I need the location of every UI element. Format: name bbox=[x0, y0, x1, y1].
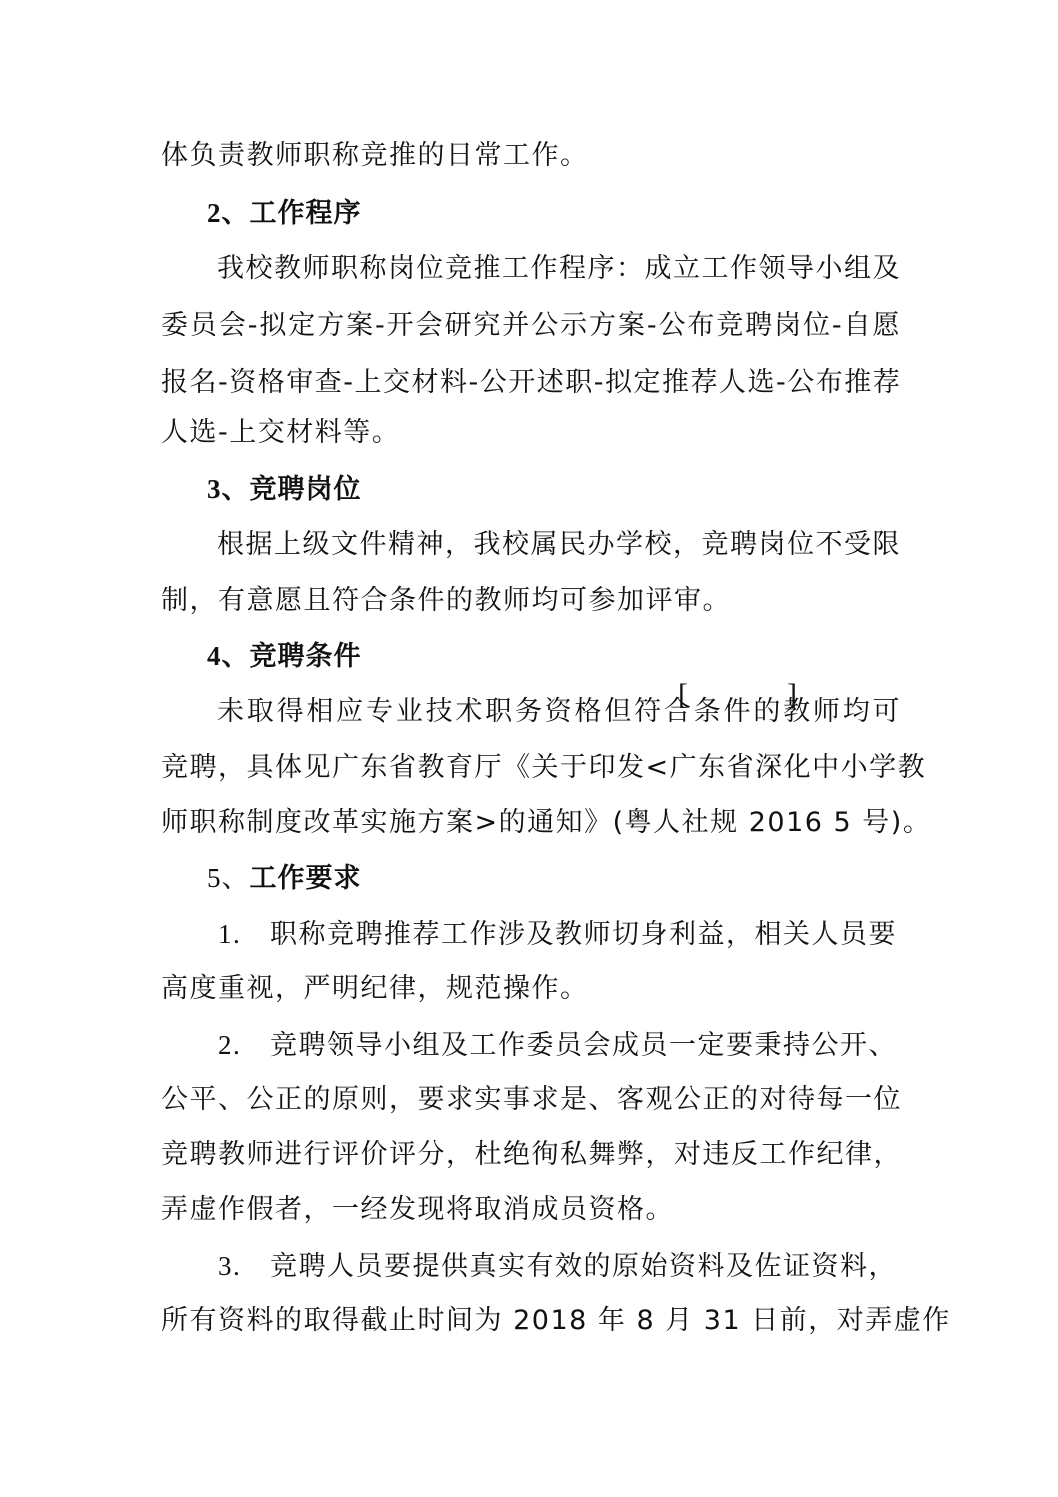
list-number: 1. bbox=[218, 914, 270, 954]
line-text: 弄虚作假者，一经发现将取消成员资格。 bbox=[161, 1194, 674, 1225]
section-heading-3: 3、竞聘岗位 bbox=[207, 469, 947, 509]
paragraph-line: 报名-资格审查-上交材料-公开述职-拟定推荐人选-公布推荐 bbox=[161, 363, 901, 403]
paragraph-line: 所有资料的取得截止时间为 2018 年 8 月 31 日前，对弄虚作 bbox=[161, 1301, 901, 1341]
line-text: 竞聘，具体见广东省教育厅《关于印发<广东省深化中小学教 bbox=[161, 752, 926, 783]
list-number: 2. bbox=[218, 1025, 270, 1065]
line-text: 体负责教师职称竞推的日常工作。 bbox=[161, 140, 589, 171]
line-text: 人选-上交材料等。 bbox=[161, 417, 400, 448]
line-text: 报名-资格审查-上交材料-公开述职-拟定推荐人选-公布推荐 bbox=[161, 367, 901, 398]
line-text: 根据上级文件精神，我校属民办学校，竞聘岗位不受限 bbox=[217, 529, 901, 560]
line-text: 所有资料的取得截止时间为 2018 年 8 月 31 日前，对弄虚作 bbox=[161, 1305, 951, 1336]
line-text: 公平、公正的原则，要求实事求是、客观公正的对待每一位 bbox=[161, 1084, 902, 1115]
paragraph-line: 公平、公正的原则，要求实事求是、客观公正的对待每一位 bbox=[161, 1080, 901, 1120]
list-item-3: 3.竞聘人员要提供真实有效的原始资料及佐证资料， bbox=[218, 1246, 901, 1286]
heading-number: 4、 bbox=[207, 641, 250, 671]
line-text: 高度重视，严明纪律，规范操作。 bbox=[161, 973, 589, 1004]
line-text: 竞聘领导小组及工作委员会成员一定要秉持公开、 bbox=[270, 1030, 897, 1061]
line-text: 我校教师职称岗位竞推工作程序：成立工作领导小组及 bbox=[217, 253, 901, 284]
line-text: 师职称制度改革实施方案>的通知》(粤人社规 2016 5 号)。 bbox=[161, 807, 931, 838]
section-heading-2: 2、工作程序 bbox=[207, 193, 947, 233]
stray-bracket-right: ] bbox=[787, 678, 797, 712]
paragraph-line: 竞聘，具体见广东省教育厅《关于印发<广东省深化中小学教 bbox=[161, 748, 901, 788]
paragraph-line: 未取得相应专业技术职务资格但符合条件的教师均可 bbox=[217, 692, 901, 732]
paragraph-line: 制，有意愿且符合条件的教师均可参加评审。 bbox=[161, 581, 901, 621]
paragraph-line: 体负责教师职称竞推的日常工作。 bbox=[161, 136, 901, 176]
paragraph-line: 人选-上交材料等。 bbox=[161, 413, 901, 453]
heading-text: 工作要求 bbox=[250, 863, 362, 894]
section-heading-5: 5、工作要求 bbox=[207, 858, 947, 898]
section-heading-4: 4、竞聘条件 bbox=[207, 636, 947, 676]
list-item-1: 1.职称竞聘推荐工作涉及教师切身利益，相关人员要 bbox=[218, 914, 901, 954]
heading-text: 工作程序 bbox=[250, 198, 362, 229]
paragraph-line: 委员会-拟定方案-开会研究并公示方案-公布竞聘岗位-自愿 bbox=[161, 306, 901, 346]
paragraph-line: 根据上级文件精神，我校属民办学校，竞聘岗位不受限 bbox=[217, 525, 901, 565]
heading-number: 5、 bbox=[207, 863, 250, 893]
paragraph-line: 竞聘教师进行评价评分，杜绝徇私舞弊，对违反工作纪律， bbox=[161, 1135, 901, 1175]
heading-number: 3、 bbox=[207, 474, 250, 504]
line-text: 竞聘教师进行评价评分，杜绝徇私舞弊，对违反工作纪律， bbox=[161, 1139, 902, 1170]
paragraph-line: 高度重视，严明纪律，规范操作。 bbox=[161, 969, 901, 1009]
paragraph-line: 弄虚作假者，一经发现将取消成员资格。 bbox=[161, 1190, 901, 1230]
heading-text: 竞聘岗位 bbox=[250, 474, 362, 505]
line-text: 竞聘人员要提供真实有效的原始资料及佐证资料， bbox=[270, 1251, 897, 1282]
line-text: 未取得相应专业技术职务资格但符合条件的教师均可 bbox=[217, 696, 901, 727]
line-text: 制，有意愿且符合条件的教师均可参加评审。 bbox=[161, 585, 731, 616]
document-page: 体负责教师职称竞推的日常工作。 2、工作程序 我校教师职称岗位竞推工作程序：成立… bbox=[0, 0, 1058, 1497]
list-item-2: 2.竞聘领导小组及工作委员会成员一定要秉持公开、 bbox=[218, 1025, 901, 1065]
paragraph-line: 我校教师职称岗位竞推工作程序：成立工作领导小组及 bbox=[217, 249, 901, 289]
line-text: 委员会-拟定方案-开会研究并公示方案-公布竞聘岗位-自愿 bbox=[161, 310, 901, 341]
heading-text: 竞聘条件 bbox=[250, 641, 362, 672]
line-text: 职称竞聘推荐工作涉及教师切身利益，相关人员要 bbox=[270, 919, 897, 950]
heading-number: 2、 bbox=[207, 198, 250, 228]
paragraph-line: 师职称制度改革实施方案>的通知》(粤人社规 2016 5 号)。 bbox=[161, 803, 901, 843]
stray-bracket-left: [ bbox=[678, 678, 688, 712]
list-number: 3. bbox=[218, 1246, 270, 1286]
